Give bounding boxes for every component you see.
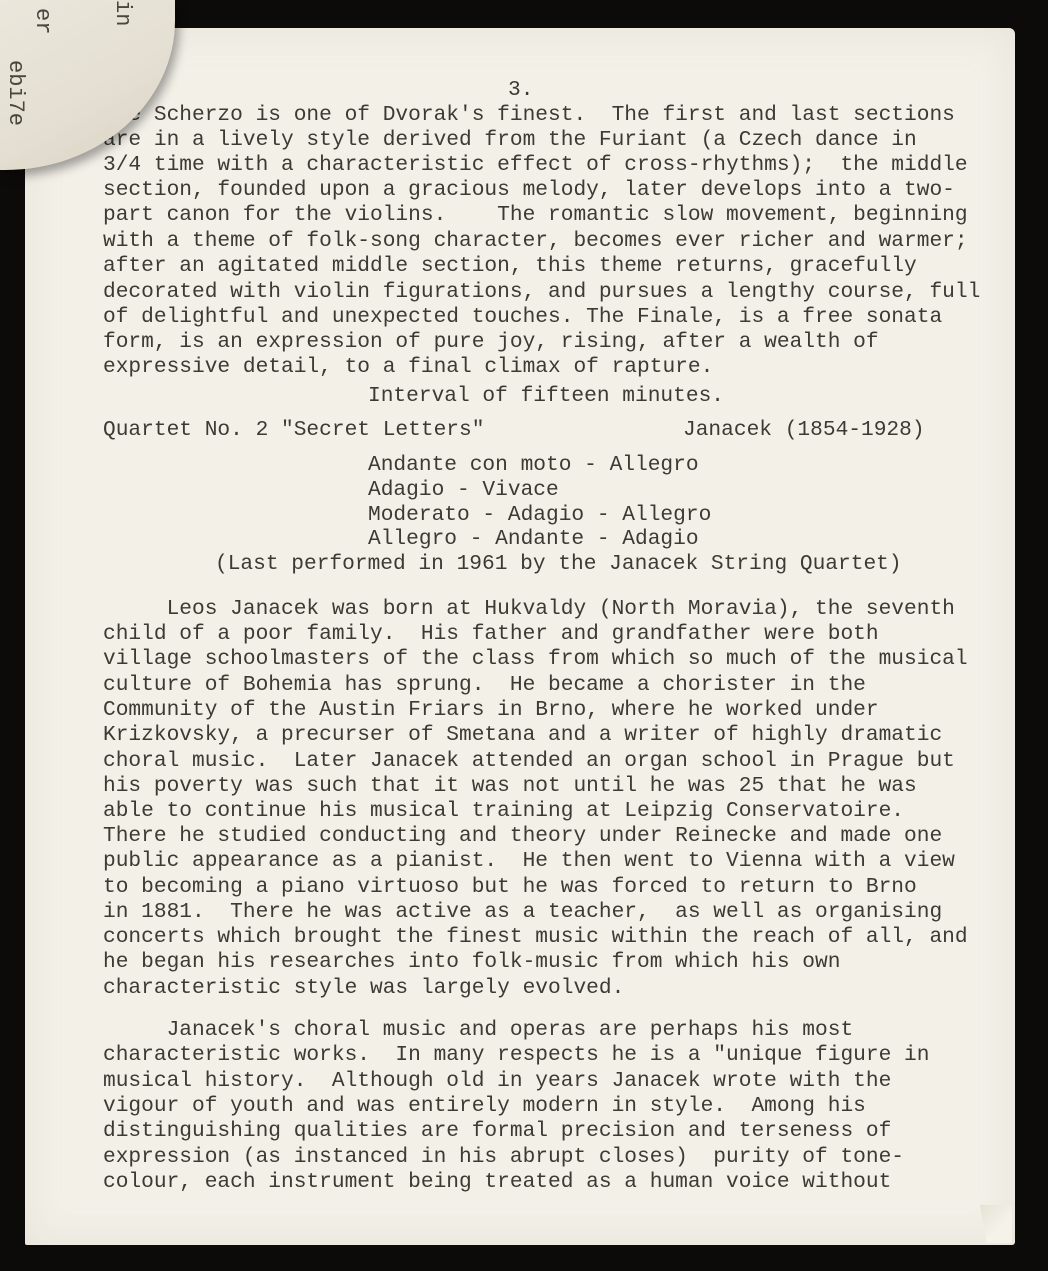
text-line: concerts which brought the finest music …	[103, 925, 968, 949]
text-line: able to continue his musical training at…	[103, 799, 904, 823]
text-line: after an agitated middle section, this t…	[103, 254, 917, 278]
text-line: The Scherzo is one of Dvorak's finest. T…	[103, 103, 955, 127]
text-line: he began his researches into folk-music …	[103, 950, 840, 974]
text-line: part canon for the violins. The romantic…	[103, 203, 968, 227]
text-line: 3/4 time with a characteristic effect of…	[103, 153, 968, 177]
text-line: characteristic style was largely evolved…	[103, 976, 624, 1000]
text-line: characteristic works. In many respects h…	[103, 1043, 929, 1067]
text-line: vigour of youth and was entirely modern …	[103, 1094, 866, 1118]
text-line: There he studied conducting and theory u…	[103, 824, 942, 848]
text-line: expression (as instanced in his abrupt c…	[103, 1145, 904, 1169]
text-line: Janacek's choral music and operas are pe…	[103, 1018, 853, 1042]
text-line: his poverty was such that it was not unt…	[103, 774, 917, 798]
text-line: public appearance as a pianist. He then …	[103, 849, 955, 873]
movement: Moderato - Adagio - Allegro	[368, 503, 711, 527]
performance-note: (Last performed in 1961 by the Janacek S…	[215, 552, 902, 576]
text-line: child of a poor family. His father and g…	[103, 622, 879, 646]
text-line: Krizkovsky, a precurser of Smetana and a…	[103, 723, 942, 747]
text-line: Leos Janacek was born at Hukvaldy (North…	[103, 597, 955, 621]
movement: Andante con moto - Allegro	[368, 453, 699, 477]
text-line: in 1881. There he was active as a teache…	[103, 900, 942, 924]
curl-fragment: er	[30, 8, 55, 34]
text-line: expressive detail, to a final climax of …	[103, 355, 713, 379]
text-line: form, is an expression of pure joy, risi…	[103, 330, 879, 354]
text-line: musical history. Although old in years J…	[103, 1069, 891, 1093]
text-line: Community of the Austin Friars in Brno, …	[103, 698, 879, 722]
work-title: Quartet No. 2 "Secret Letters"	[103, 418, 484, 442]
composer-dates: Janacek (1854-1928)	[683, 418, 925, 442]
interval-note: Interval of fifteen minutes.	[368, 384, 724, 408]
movement: Adagio - Vivace	[368, 478, 559, 502]
text-line: to becoming a piano virtuoso but he was …	[103, 875, 917, 899]
text-line: are in a lively style derived from the F…	[103, 128, 917, 152]
text-line: section, founded upon a gracious melody,…	[103, 178, 955, 202]
text-line: village schoolmasters of the class from …	[103, 647, 968, 671]
text-line: culture of Bohemia has sprung. He became…	[103, 673, 866, 697]
text-line: decorated with violin figurations, and p…	[103, 280, 980, 304]
page-number: 3.	[508, 78, 533, 102]
text-line: with a theme of folk-song character, bec…	[103, 229, 968, 253]
text-line: choral music. Later Janacek attended an …	[103, 749, 955, 773]
curl-fragment: in	[110, 0, 135, 26]
text-line: of delightful and unexpected touches. Th…	[103, 305, 942, 329]
text-line: distinguishing qualities are formal prec…	[103, 1119, 891, 1143]
curl-fragment: ebi7e	[3, 60, 28, 126]
movement: Allegro - Andante - Adagio	[368, 527, 699, 551]
text-line: colour, each instrument being treated as…	[103, 1170, 891, 1194]
